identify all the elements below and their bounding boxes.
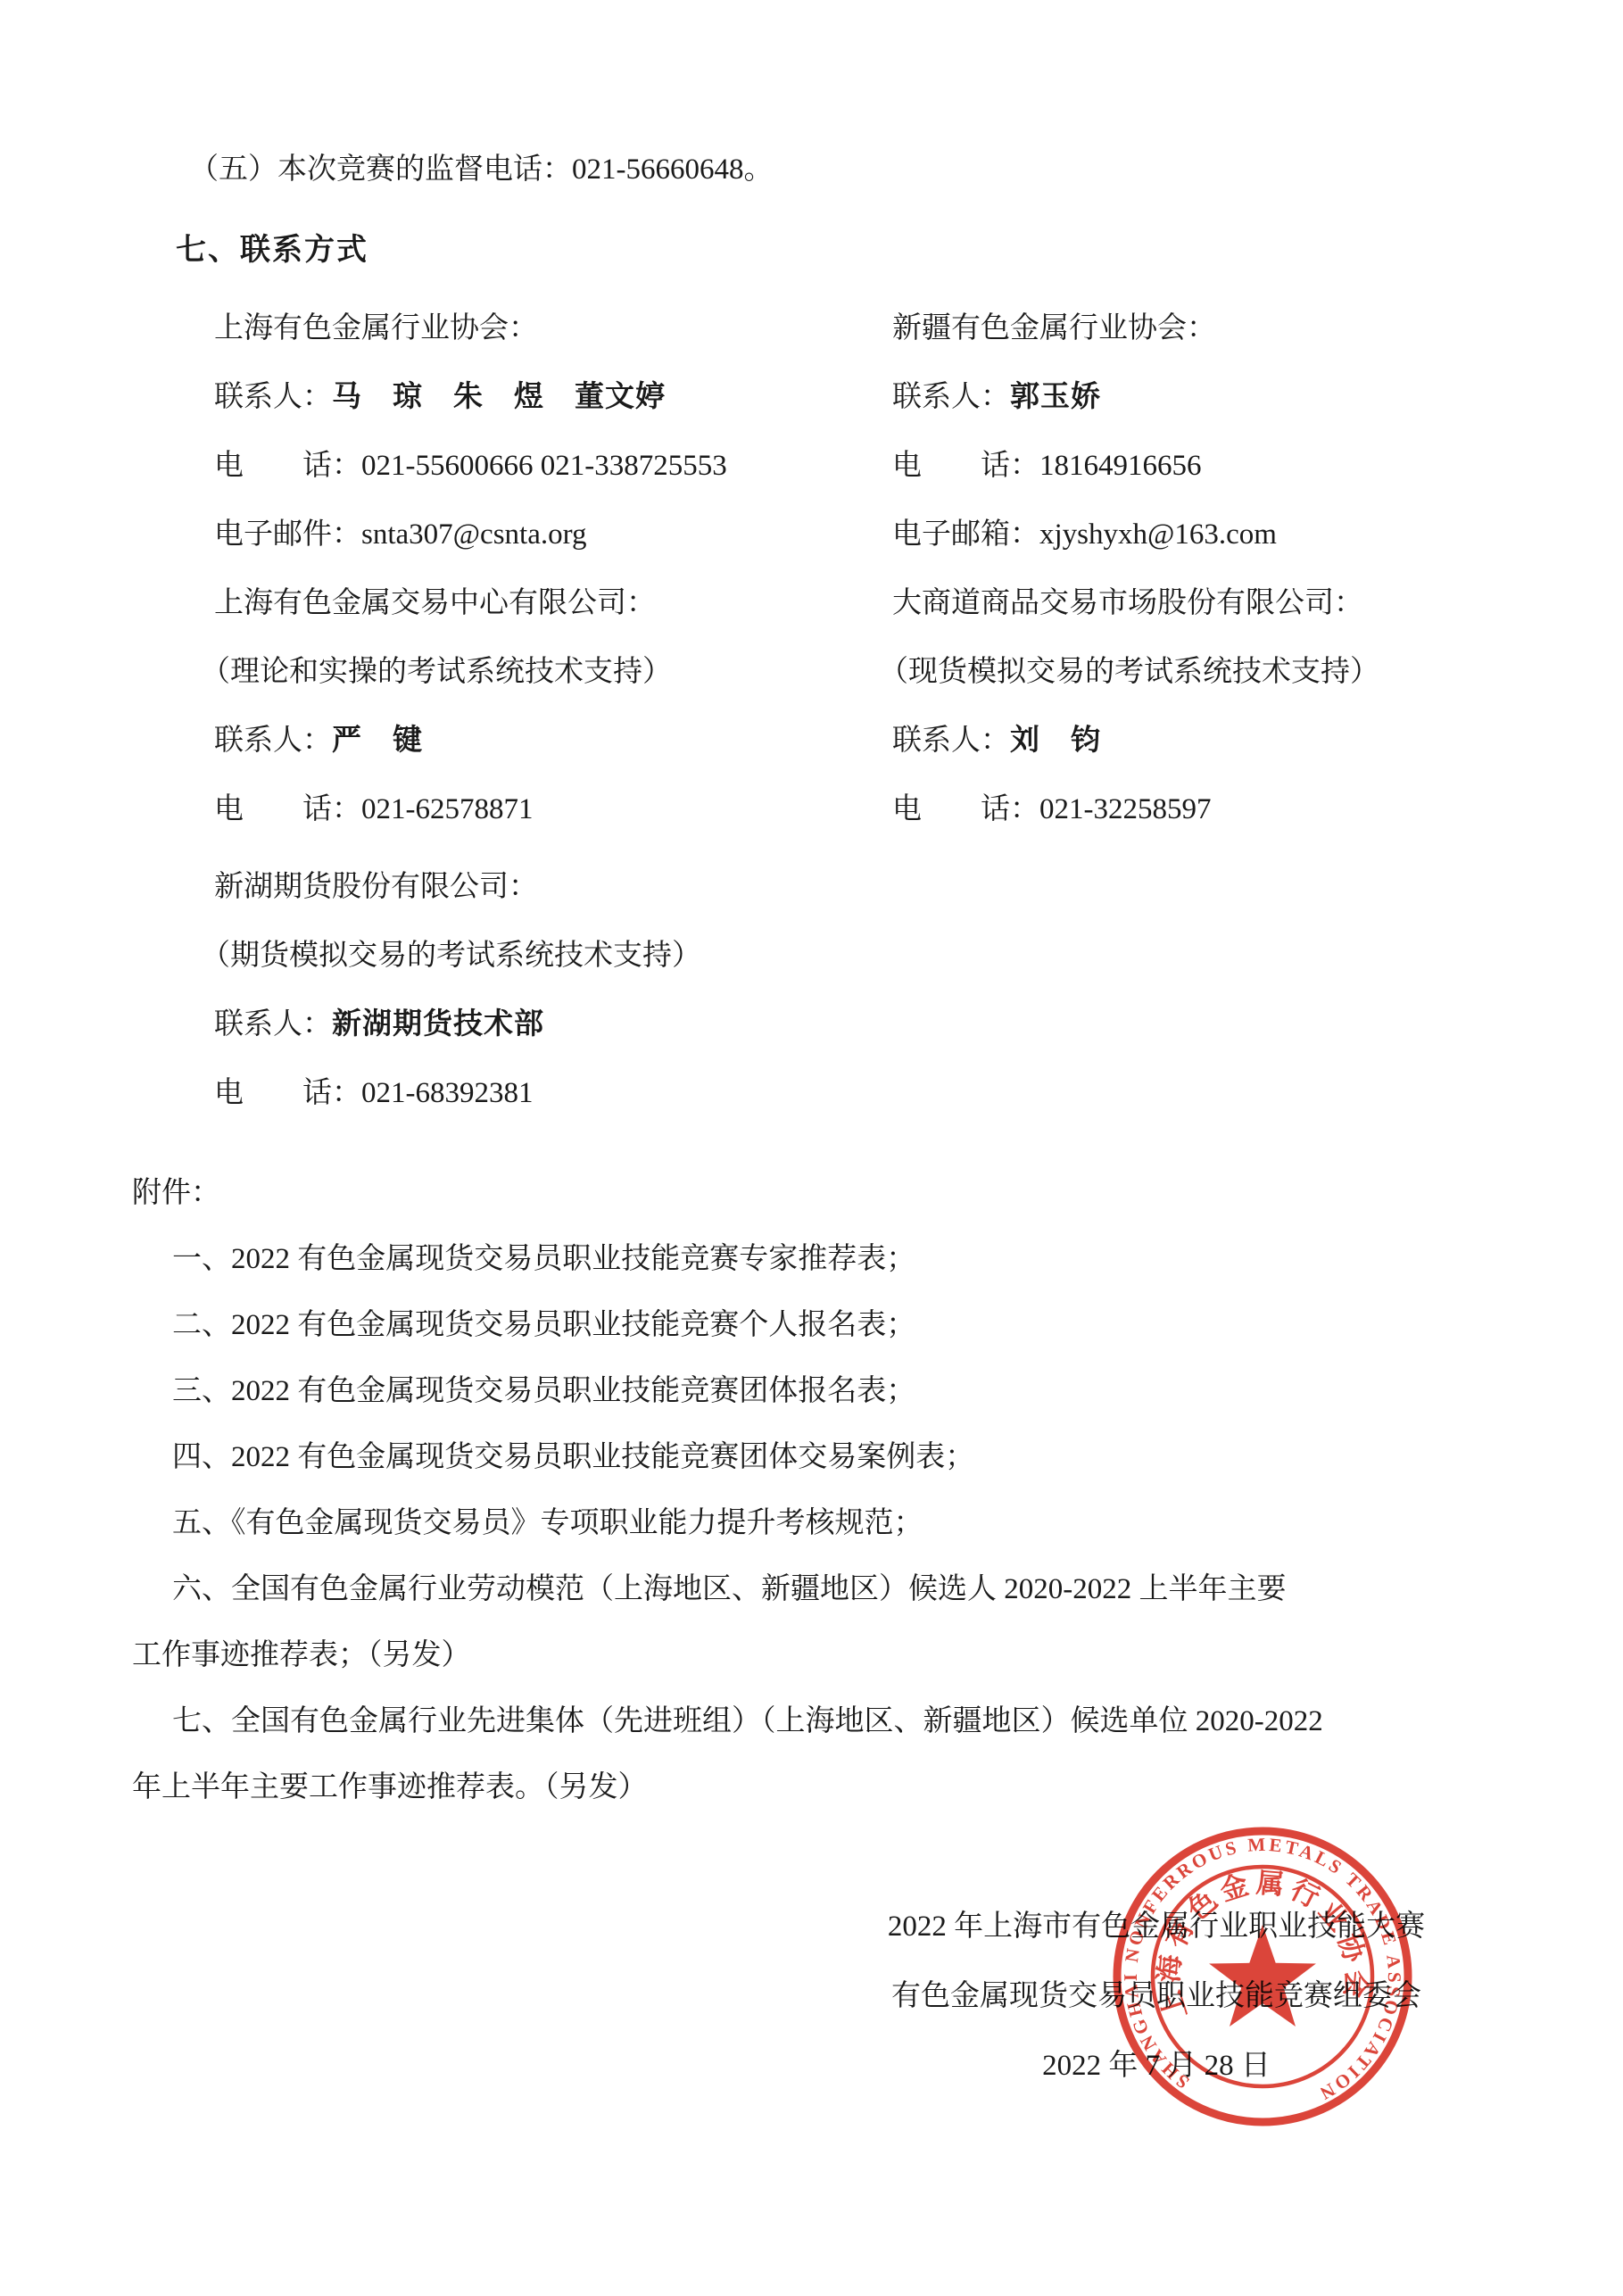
- contact-card-dashangdao-market: 大商道商品交易市场股份有限公司： （现货模拟交易的考试系统技术支持） 联系人：刘…: [892, 569, 1516, 844]
- org-name: 上海有色金属交易中心有限公司：: [214, 569, 892, 638]
- top-text-block: （五）本次竞赛的监督电话：021-56660648。 七、联系方式: [132, 143, 1489, 277]
- person-names: 马 琼 朱 煜 董文婷: [332, 381, 666, 413]
- attachment-item-7-line1: 七、全国有色金属行业先进集体（先进班组）（上海地区、新疆地区）候选单位 2020…: [132, 1688, 1494, 1754]
- email-line: 电子邮箱：xjyshyxh@163.com: [892, 501, 1516, 569]
- attachment-item-6-line2: 工作事迹推荐表；（另发）: [132, 1622, 1494, 1688]
- phone-line: 电 话：021-68392381: [214, 1059, 892, 1128]
- org-name: 新湖期货股份有限公司：: [214, 853, 892, 922]
- attachment-item-3: 三、2022 有色金属现货交易员职业技能竞赛团体报名表；: [132, 1358, 1494, 1424]
- contact-person-line: 联系人：郭玉娇: [892, 363, 1516, 432]
- email-line: 电子邮件：snta307@csnta.org: [214, 501, 892, 569]
- contact-person-line: 联系人：马 琼 朱 煜 董文婷: [214, 363, 892, 432]
- contact-person-line: 联系人：新湖期货技术部: [214, 991, 892, 1059]
- attachment-item-5: 五、《有色金属现货交易员》专项职业能力提升考核规范；: [132, 1490, 1494, 1556]
- org-name: 上海有色金属行业协会：: [214, 294, 892, 363]
- person-label: 联系人：: [892, 725, 1010, 757]
- contact-card-shanghai-metals-exchange: 上海有色金属交易中心有限公司： （理论和实操的考试系统技术支持） 联系人：严 键…: [214, 569, 892, 844]
- person-names: 严 键: [332, 725, 423, 757]
- section-heading-contact-info: 七、联系方式: [132, 223, 1489, 277]
- attachments-section: 附件： 一、2022 有色金属现货交易员职业技能竞赛专家推荐表； 二、2022 …: [132, 1160, 1494, 1820]
- person-names: 新湖期货技术部: [332, 1008, 544, 1040]
- org-role-note: （现货模拟交易的考试系统技术支持）: [879, 638, 1516, 707]
- signature-date: 2022 年 7 月 28 日: [821, 2031, 1492, 2101]
- contact-card-xinhu-futures: 新湖期货股份有限公司： （期货模拟交易的考试系统技术支持） 联系人：新湖期货技术…: [214, 853, 892, 1128]
- attachment-item-2: 二、2022 有色金属现货交易员职业技能竞赛个人报名表；: [132, 1292, 1494, 1358]
- phone-line: 电 话：021-62578871: [214, 775, 892, 844]
- org-name: 新疆有色金属行业协会：: [892, 294, 1516, 363]
- signature-org-line2: 有色金属现货交易员职业技能竞赛组委会: [821, 1961, 1492, 2031]
- phone-line: 电 话：021-55600666 021-338725553: [214, 432, 892, 501]
- person-names: 刘 钧: [1010, 725, 1101, 757]
- phone-line: 电 话：18164916656: [892, 432, 1516, 501]
- contact-person-line: 联系人：刘 钧: [892, 707, 1516, 775]
- attachment-item-1: 一、2022 有色金属现货交易员职业技能竞赛专家推荐表；: [132, 1226, 1494, 1292]
- attachment-item-7-line2: 年上半年主要工作事迹推荐表。（另发）: [132, 1754, 1494, 1820]
- contact-card-shanghai-association: 上海有色金属行业协会： 联系人：马 琼 朱 煜 董文婷 电 话：021-5560…: [214, 294, 892, 569]
- attachment-item-4: 四、2022 有色金属现货交易员职业技能竞赛团体交易案例表；: [132, 1424, 1494, 1490]
- signature-org-line1: 2022 年上海市有色金属行业职业技能大赛: [821, 1892, 1492, 1961]
- phone-line: 电 话：021-32258597: [892, 775, 1516, 844]
- signature-block: 2022 年上海市有色金属行业职业技能大赛 有色金属现货交易员职业技能竞赛组委会…: [821, 1892, 1492, 2101]
- person-label: 联系人：: [214, 725, 332, 757]
- person-label: 联系人：: [214, 381, 332, 413]
- attachment-item-6-line1: 六、全国有色金属行业劳动模范（上海地区、新疆地区）候选人 2020-2022 上…: [132, 1556, 1494, 1622]
- org-role-note: （理论和实操的考试系统技术支持）: [201, 638, 892, 707]
- org-role-note: （期货模拟交易的考试系统技术支持）: [201, 922, 892, 991]
- supervision-phone-line: （五）本次竞赛的监督电话：021-56660648。: [132, 143, 1489, 196]
- contact-card-xinjiang-association: 新疆有色金属行业协会： 联系人：郭玉娇 电 话：18164916656 电子邮箱…: [892, 294, 1516, 569]
- person-names: 郭玉娇: [1010, 381, 1101, 413]
- contact-grid-empty-cell: [892, 844, 1516, 1128]
- person-label: 联系人：: [892, 381, 1010, 413]
- person-label: 联系人：: [214, 1008, 332, 1040]
- contact-person-line: 联系人：严 键: [214, 707, 892, 775]
- attachments-label: 附件：: [132, 1160, 1494, 1226]
- document-page: （五）本次竞赛的监督电话：021-56660648。 七、联系方式 上海有色金属…: [0, 0, 1623, 2296]
- contact-grid: 上海有色金属行业协会： 联系人：马 琼 朱 煜 董文婷 电 话：021-5560…: [214, 294, 1516, 1128]
- org-name: 大商道商品交易市场股份有限公司：: [892, 569, 1516, 638]
